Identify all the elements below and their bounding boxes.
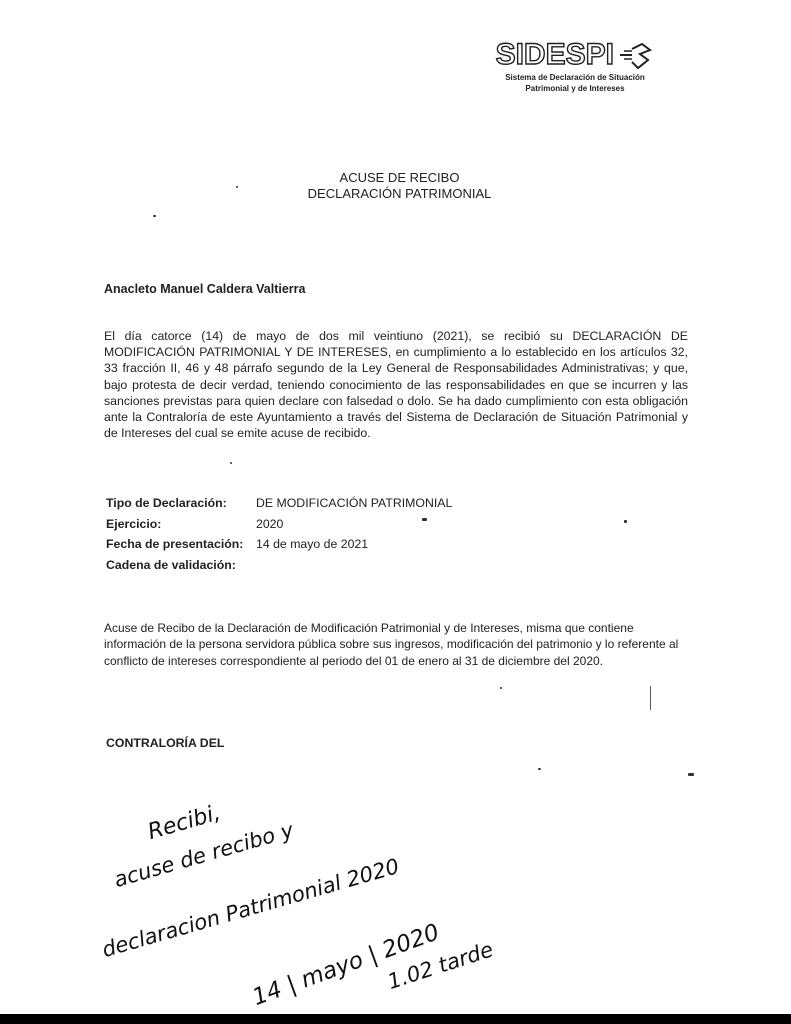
logo-arrow-icon xyxy=(618,38,654,72)
scan-speck xyxy=(688,773,694,776)
field-fecha: Fecha de presentación: 14 de mayo de 202… xyxy=(106,534,452,555)
sidespi-logo: SIDESPI Sistema de Declaración de Situac… xyxy=(490,38,660,94)
scan-speck xyxy=(230,462,232,464)
scan-speck xyxy=(153,215,156,217)
logo-subtitle-1: Sistema de Declaración de Situación xyxy=(490,73,660,83)
field-label: Ejercicio: xyxy=(106,514,256,535)
handwritten-note-line-1: Recibi, xyxy=(145,801,223,845)
field-label: Cadena de validación: xyxy=(106,555,256,576)
document-title: ACUSE DE RECIBO DECLARACIÓN PATRIMONIAL xyxy=(0,170,791,202)
scan-speck xyxy=(538,768,541,770)
scan-border-bottom xyxy=(0,1014,791,1024)
field-ejercicio: Ejercicio: 2020 xyxy=(106,514,452,535)
scan-speck xyxy=(236,186,238,188)
scan-speck xyxy=(422,518,427,521)
field-label: Fecha de presentación: xyxy=(106,534,256,555)
field-value: 2020 xyxy=(256,514,283,535)
logo-wordmark: SIDESPI xyxy=(496,40,614,70)
scan-speck xyxy=(624,520,627,523)
field-tipo: Tipo de Declaración: DE MODIFICACIÓN PAT… xyxy=(106,493,452,514)
title-line-1: ACUSE DE RECIBO xyxy=(8,170,791,186)
scan-speck xyxy=(650,686,651,710)
declaration-fields: Tipo de Declaración: DE MODIFICACIÓN PAT… xyxy=(106,493,452,575)
title-line-2: DECLARACIÓN PATRIMONIAL xyxy=(8,186,791,202)
logo-subtitle-2: Patrimonial y de Intereses xyxy=(490,84,660,94)
summary-paragraph: Acuse de Recibo de la Declaración de Mod… xyxy=(104,620,696,669)
field-value: 14 de mayo de 2021 xyxy=(256,534,368,555)
recipient-name: Anacleto Manuel Caldera Valtierra xyxy=(104,282,305,296)
scan-speck xyxy=(500,687,502,689)
field-value: DE MODIFICACIÓN PATRIMONIAL xyxy=(256,493,452,514)
body-paragraph: El día catorce (14) de mayo de dos mil v… xyxy=(104,328,688,441)
field-label: Tipo de Declaración: xyxy=(106,493,256,514)
organization-signature: CONTRALORÍA DEL xyxy=(106,736,224,750)
field-cadena: Cadena de validación: xyxy=(106,555,452,576)
